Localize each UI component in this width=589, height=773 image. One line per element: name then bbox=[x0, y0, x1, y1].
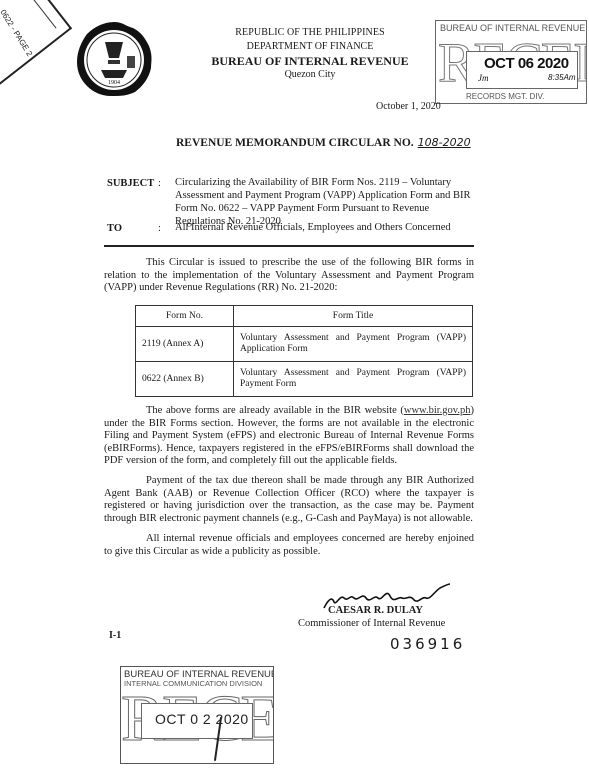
paragraph-intro: This Circular is issued to prescribe the… bbox=[104, 257, 474, 295]
letterhead-republic: REPUBLIC OF THE PHILIPPINES bbox=[200, 26, 420, 40]
circular-title: REVENUE MEMORANDUM CIRCULAR NO.108-2020 bbox=[176, 136, 471, 149]
column-header-form-no: Form No. bbox=[136, 306, 234, 327]
received-stamp-bottom: RECEIVED BUREAU OF INTERNAL REVENUE INTE… bbox=[120, 666, 274, 764]
bir-website-link[interactable]: www.bir.gov.ph bbox=[404, 405, 471, 416]
letterhead-bureau: BUREAU OF INTERNAL REVENUE bbox=[200, 54, 420, 68]
paragraph-payment: Payment of the tax due thereon shall be … bbox=[104, 475, 474, 525]
stapled-page-corner bbox=[0, 0, 72, 85]
signatory-name: CAESAR R. DULAY bbox=[328, 605, 423, 616]
form-number-cell: 2119 (Annex A) bbox=[136, 327, 234, 362]
header-divider bbox=[104, 245, 474, 247]
form-title-cell: Voluntary Assessment and Payment Program… bbox=[234, 362, 473, 397]
stamp-division: RECORDS MGT. DIV. bbox=[466, 92, 544, 101]
to-label: TO bbox=[107, 223, 122, 234]
column-header-form-title: Form Title bbox=[234, 306, 473, 327]
paragraph-availability: The above forms are already available in… bbox=[104, 405, 474, 468]
circular-number: 108-2020 bbox=[418, 136, 471, 149]
bir-seal-icon: 1904 bbox=[75, 20, 153, 98]
forms-table: Form No. Form Title 2119 (Annex A) Volun… bbox=[135, 305, 473, 397]
to-colon: : bbox=[158, 223, 161, 234]
stamp-time: 8:35Am bbox=[548, 73, 576, 82]
stamp-agency: BUREAU OF INTERNAL REVENUE bbox=[440, 23, 585, 33]
to-text: All Internal Revenue Officials, Employee… bbox=[175, 222, 451, 233]
stamp-date: OCT 06 2020 bbox=[484, 55, 569, 72]
stamp-department: INTERNAL COMMUNICATION DIVISION bbox=[124, 679, 262, 688]
paragraph-publicity: All internal revenue officials and emplo… bbox=[104, 533, 474, 558]
circular-title-text: REVENUE MEMORANDUM CIRCULAR NO. bbox=[176, 137, 414, 149]
stamp-date: OCT 0 2 2020 bbox=[155, 711, 249, 727]
signatory-title: Commissioner of Internal Revenue bbox=[298, 618, 445, 629]
letterhead-city: Quezon City bbox=[200, 68, 420, 82]
letterhead-department: DEPARTMENT OF FINANCE bbox=[200, 40, 420, 54]
received-stamp-top: RECEIVED BUREAU OF INTERNAL REVENUE OCT … bbox=[435, 20, 587, 104]
control-number: 036916 bbox=[390, 635, 465, 653]
table-header-row: Form No. Form Title bbox=[136, 306, 473, 327]
form-number-cell: 0622 (Annex B) bbox=[136, 362, 234, 397]
subject-colon: : bbox=[158, 178, 161, 189]
page-code: I-1 bbox=[109, 630, 121, 641]
letterhead: REPUBLIC OF THE PHILIPPINES DEPARTMENT O… bbox=[200, 26, 420, 82]
form-title-cell: Voluntary Assessment and Payment Program… bbox=[234, 327, 473, 362]
subject-label: SUBJECT bbox=[107, 178, 154, 189]
stamp-initial: Jm bbox=[478, 73, 489, 83]
svg-text:1904: 1904 bbox=[108, 80, 120, 86]
subject-text: Circularizing the Availability of BIR Fo… bbox=[175, 176, 475, 228]
document-date: October 1, 2020 bbox=[376, 101, 441, 112]
table-row: 0622 (Annex B) Voluntary Assessment and … bbox=[136, 362, 473, 397]
table-row: 2119 (Annex A) Voluntary Assessment and … bbox=[136, 327, 473, 362]
